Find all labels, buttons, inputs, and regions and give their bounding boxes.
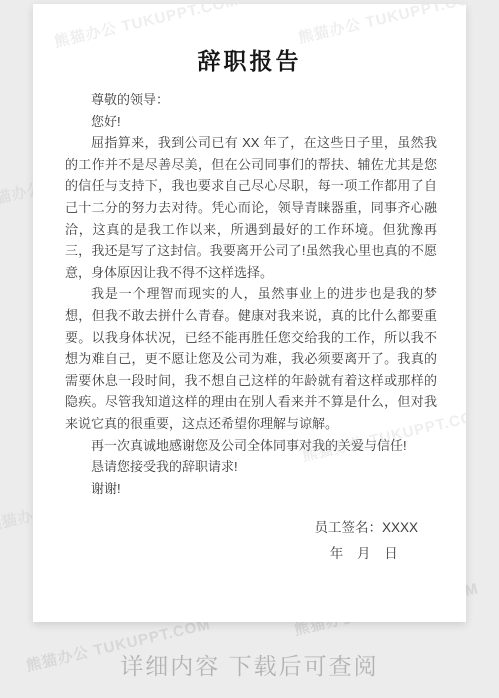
letter-body: 尊敬的领导： 您好! 屈指算来，我到公司已有 XX 年了，在这些日子里，虽然我的…: [33, 89, 466, 499]
letter-page: 熊猫办公 TUKUPPT.COM 熊猫办公 TUKUPPT.COM 熊猫办公 T…: [33, 4, 466, 622]
salutation: 尊敬的领导：: [65, 89, 437, 111]
watermark-text: 熊猫办公 TUKUPPT.COM: [296, 4, 466, 48]
watermark-text: 熊猫办公 TUKUPPT.COM: [52, 4, 240, 52]
paragraph: 屈指算来，我到公司已有 XX 年了，在这些日子里，虽然我的工作并不是尽善尽美，但…: [65, 132, 437, 283]
greeting: 您好!: [65, 111, 437, 133]
preview-canvas: { "doc": { "title": "辞职报告", "salutation"…: [0, 0, 499, 698]
paragraph: 我是一个理智而现实的人，虽然事业上的进步也是我的梦想，但我不敢去拼什么青春。健康…: [65, 283, 437, 434]
document-preview: 熊猫办公 TUKUPPT.COM 熊猫办公 TUKUPPT.COM 熊猫办公 T…: [0, 0, 499, 698]
signature-line: 员工签名：XXXX: [314, 515, 418, 541]
signature-block: 员工签名：XXXX 年 月 日: [314, 515, 418, 567]
date-line: 年 月 日: [314, 541, 418, 567]
footer-caption: 详细内容 下载后可查阅: [0, 648, 499, 681]
page-title: 辞职报告: [33, 46, 466, 76]
paragraph: 再一次真诚地感谢您及公司全体同事对我的关爱与信任!: [65, 435, 437, 457]
paragraph: 恳请您接受我的辞职请求!: [65, 456, 437, 478]
paragraph: 谢谢!: [65, 478, 437, 500]
